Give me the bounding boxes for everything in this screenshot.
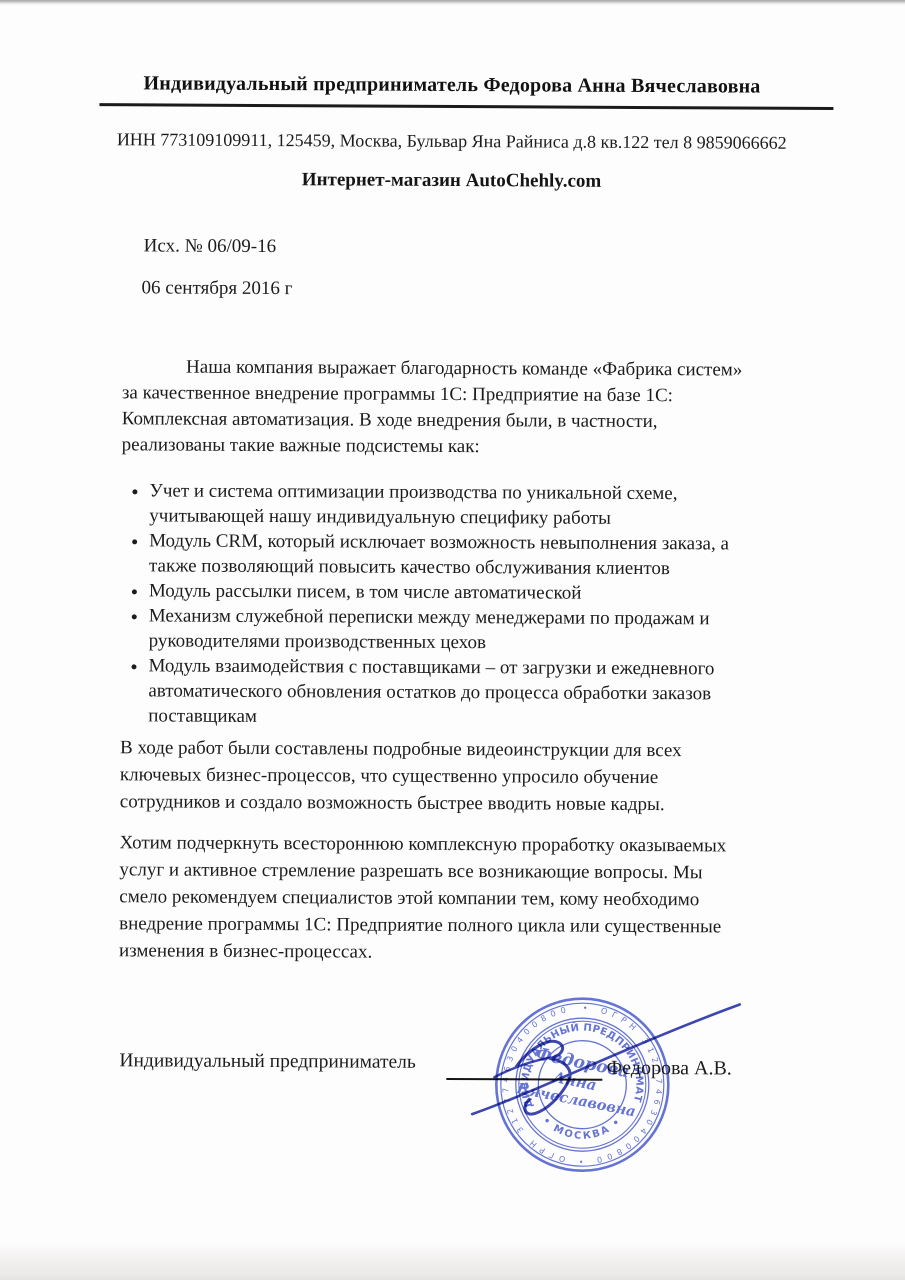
scanned-letter-page: Индивидуальный предприниматель Федорова … [0, 0, 905, 1280]
list-item: Модуль взаимодействия с поставщиками – о… [148, 653, 860, 732]
letterhead-contact-line: ИНН 773109109911, 125459, Москва, Бульва… [0, 129, 904, 155]
scan-edge-top [0, 0, 905, 6]
scan-shadow-bottom [0, 1242, 905, 1280]
list-item: Механизм служебной переписки между менед… [149, 603, 861, 657]
letter-date: 06 сентября 2016 г [141, 277, 292, 300]
list-item: Модуль рассылки писем, в том числе автом… [149, 578, 861, 607]
list-item: Учет и система оптимизации производства … [149, 478, 861, 532]
implementation-paragraph: В ходе работ были составлены подробные в… [120, 734, 860, 819]
letter-content: Индивидуальный предприниматель Федорова … [0, 0, 905, 1280]
letterhead-rule [99, 103, 833, 110]
intro-paragraph: Наша компания выражает благодарность ком… [122, 354, 863, 462]
list-item: Модуль CRM, который исключает возможност… [149, 528, 861, 582]
letterhead-title: Индивидуальный предприниматель Федорова … [0, 72, 905, 100]
subsystems-list: Учет и система оптимизации производства … [120, 478, 861, 732]
recommendation-paragraph: Хотим подчеркнуть всестороннюю комплексн… [119, 829, 860, 968]
letter-body: Наша компания выражает благодарность ком… [119, 354, 862, 968]
outgoing-number: Исх. № 06/09-16 [144, 235, 277, 258]
letterhead-store-line: Интернет-магазин AutoChehly.com [0, 168, 904, 195]
signature-role-label: Индивидуальный предприниматель [119, 1050, 416, 1074]
handwritten-signature-icon [454, 985, 755, 1187]
